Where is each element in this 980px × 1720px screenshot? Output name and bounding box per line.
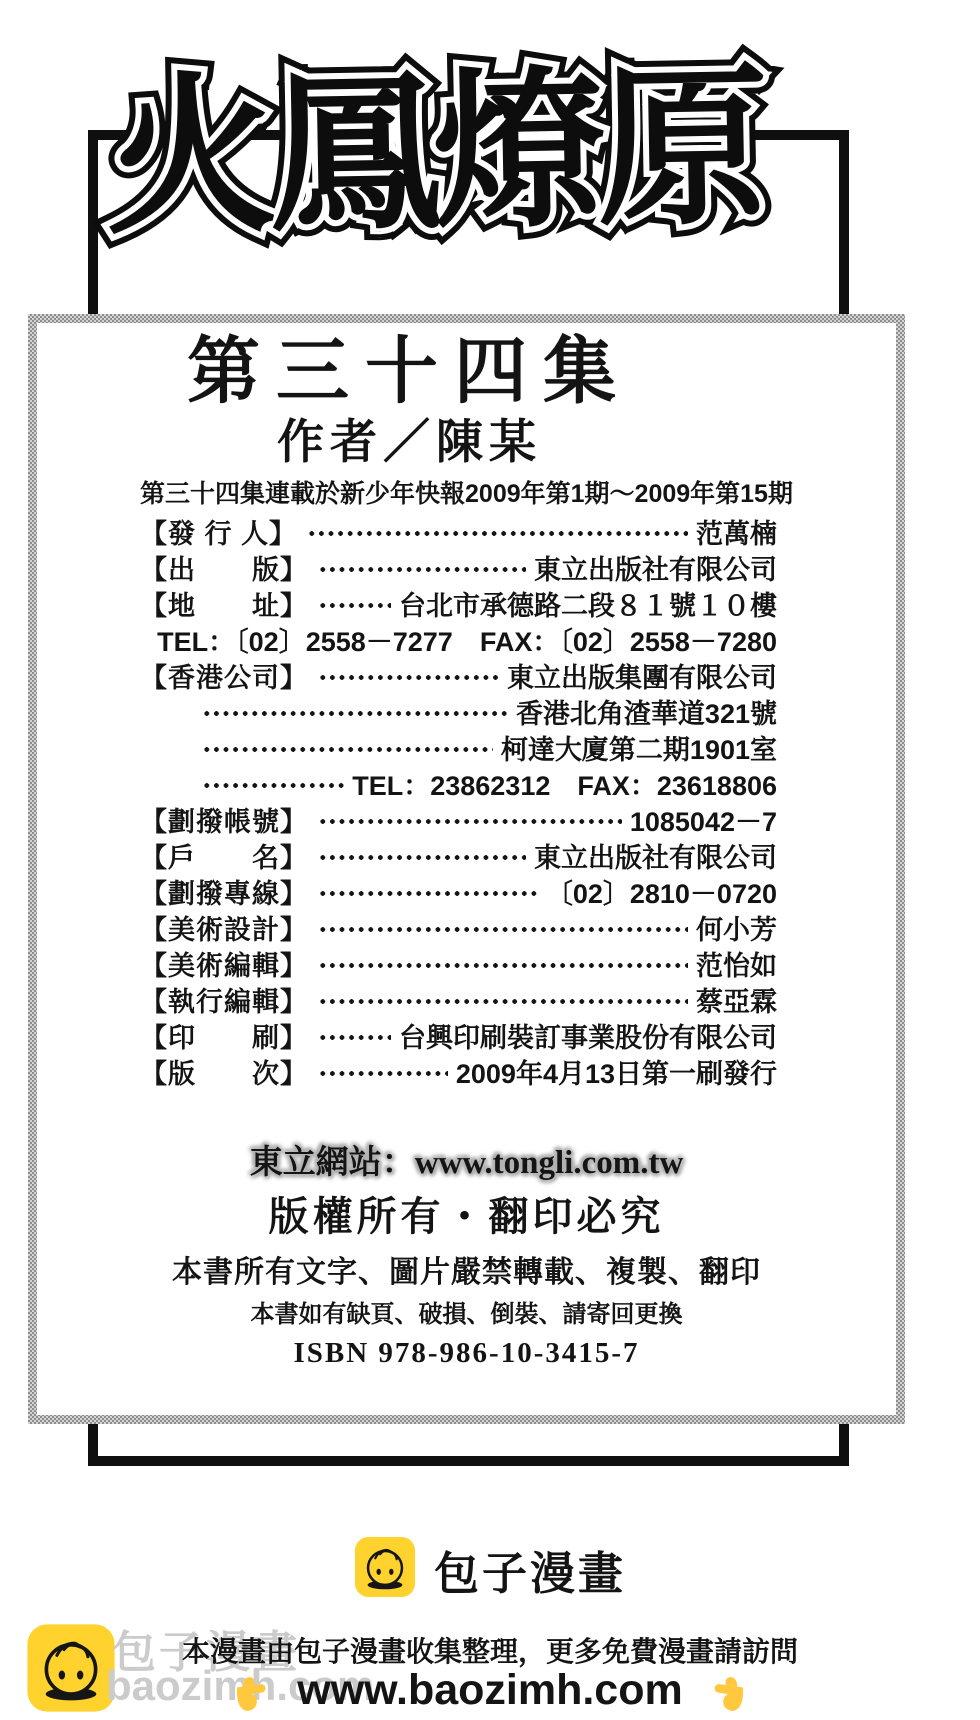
dot-leader [318,925,688,934]
volume-header: 第三十四集 作者／陳某 [37,329,782,471]
colophon-label: 【版 次】 [140,1052,308,1091]
author-line: 作者／陳某 [37,415,782,471]
colophon-label: 【香港公司】 [140,656,308,695]
colophon-row-address: 【地 址】 台北市承德路二段８１號１０樓 [140,585,777,621]
colophon-row-art-design: 【美術設計】 何小芳 [140,909,777,945]
colophon-row-hk-tel-fax: TEL：23862312 FAX：23618806 [140,765,777,801]
dot-leader [318,1069,448,1078]
colophon-value: 東立出版集團有限公司 [507,656,777,695]
colophon-value: 蔡亞霖 [696,980,777,1019]
isbn: ISBN 978-986-10-3415-7 [37,1336,896,1370]
publisher-website-label: 東立網站： [250,1143,415,1180]
colophon-content: 第三十四集 作者／陳某 第三十四集連載於新少年快報2009年第1期～2009年第… [37,323,896,1415]
pointing-right-hand-icon [233,1667,284,1713]
replacement-notice: 本書如有缺頁、破損、倒裝、請寄回更換 [37,1300,896,1330]
footer-url: www.baozimh.com [297,1666,682,1715]
colophon-value: 香港北角渣華道321號 [516,692,777,731]
colophon-row-hk-company: 【香港公司】 東立出版集團有限公司 [140,657,777,693]
series-logo-title: 火鳳燎原 [0,16,868,289]
colophon-row-tel-fax-tw: TEL：〔02〕2558－7277 FAX：〔02〕2558－7280 [140,621,777,657]
serialization-note: 第三十四集連載於新少年快報2009年第1期～2009年第15期 [37,479,896,509]
colophon-value: 台興印刷裝訂事業股份有限公司 [399,1016,777,1055]
volume-title: 第三十四集 [37,329,782,415]
colophon-value: 何小芳 [696,908,777,947]
dot-leader [318,817,622,826]
colophon-row-account-name: 【戶 名】 東立出版社有限公司 [140,837,777,873]
colophon-box: 第三十四集 作者／陳某 第三十四集連載於新少年快報2009年第1期～2009年第… [28,314,905,1424]
colophon-row-postal-hotline: 【劃撥專線】 〔02〕2810－0720 [140,873,777,909]
colophon-row-edition: 【版 次】 2009年4月13日第一刷發行 [140,1053,777,1089]
colophon-value: 〔02〕2810－0720 [546,872,777,911]
colophon-label: 【執行編輯】 [140,980,308,1019]
dot-leader [318,601,391,610]
dot-leader [318,1033,391,1042]
dot-leader [202,745,493,754]
footer-notice: 本漫畫由包子漫畫收集整理，更多免費漫畫請訪問 [0,1630,980,1670]
colophon-value: 范萬楠 [696,512,777,551]
colophon-label: 【出 版】 [140,548,308,587]
colophon-row-executive-editor: 【執行編輯】 蔡亞霖 [140,981,777,1017]
dot-leader [318,997,688,1006]
colophon-value: 2009年4月13日第一刷發行 [456,1052,777,1091]
colophon-value: 柯達大廈第二期1901室 [501,728,777,767]
dot-leader [318,673,499,682]
dot-leader [307,529,688,538]
colophon-label: 【發 行 人】 [140,512,297,551]
colophon-label: 【地 址】 [140,584,308,623]
series-logo: 火鳳燎原 火鳳燎原 火鳳燎原 [0,16,868,299]
colophon-label: 【美術編輯】 [140,944,308,983]
colophon-value: 東立出版社有限公司 [534,836,777,875]
dot-leader [318,565,526,574]
colophon-row-publisher-person: 【發 行 人】 范萬楠 [140,513,777,549]
colophon-label: 【戶 名】 [140,836,308,875]
colophon-row-hk-address-2: 柯達大廈第二期1901室 [140,729,777,765]
colophon-value: TEL：23862312 FAX：23618806 [352,764,777,803]
colophon-row-publisher: 【出 版】 東立出版社有限公司 [140,549,777,585]
footer-url-row: www.baozimh.com [0,1666,980,1715]
colophon-label: 【印 刷】 [140,1016,308,1055]
colophon-row-printing: 【印 刷】 台興印刷裝訂事業股份有限公司 [140,1017,777,1053]
colophon-value: 東立出版社有限公司 [534,548,777,587]
no-reproduction-notice: 本書所有文字、圖片嚴禁轉載、複製、翻印 [37,1254,896,1292]
copyright-statement: 版權所有・翻印必究 [37,1194,896,1240]
colophon-label: 【劃撥專線】 [140,872,308,911]
baozi-brand-name: 包子漫畫 [434,1537,626,1602]
dot-leader [202,709,508,718]
dot-leader [318,961,688,970]
colophon-label: 【劃撥帳號】 [140,800,308,839]
colophon-value: TEL：〔02〕2558－7277 FAX：〔02〕2558－7280 [157,620,777,659]
colophon-row-art-editor: 【美術編輯】 范怡如 [140,945,777,981]
colophon-value: 台北市承德路二段８１號１０樓 [399,584,777,623]
baozi-brand: 包子漫畫 [0,1536,980,1603]
colophon-value: 范怡如 [696,944,777,983]
pointing-left-hand-icon [696,1667,747,1713]
reader-watermark-footer: 包子漫畫 baozimh.com 本漫畫由包子漫畫收集整理，更多免費漫畫請訪問 … [0,1616,980,1720]
colophon-label: 【美術設計】 [140,908,308,947]
dot-leader [318,889,538,898]
colophon-value: 1085042－7 [630,800,777,839]
colophon-row-postal-account: 【劃撥帳號】 1085042－7 [140,801,777,837]
dot-leader [202,781,344,790]
dot-leader [318,853,526,862]
baozi-bun-icon [354,1536,416,1603]
colophon-rows: 【發 行 人】 范萬楠 【出 版】 東立出版社有限公司 【地 址】 台北市承德路… [140,513,777,1089]
publisher-website-url: www.tongli.com.tw [415,1145,684,1181]
colophon-row-hk-address-1: 香港北角渣華道321號 [140,693,777,729]
publisher-website-line: 東立網站：www.tongli.com.tw [37,1141,896,1184]
